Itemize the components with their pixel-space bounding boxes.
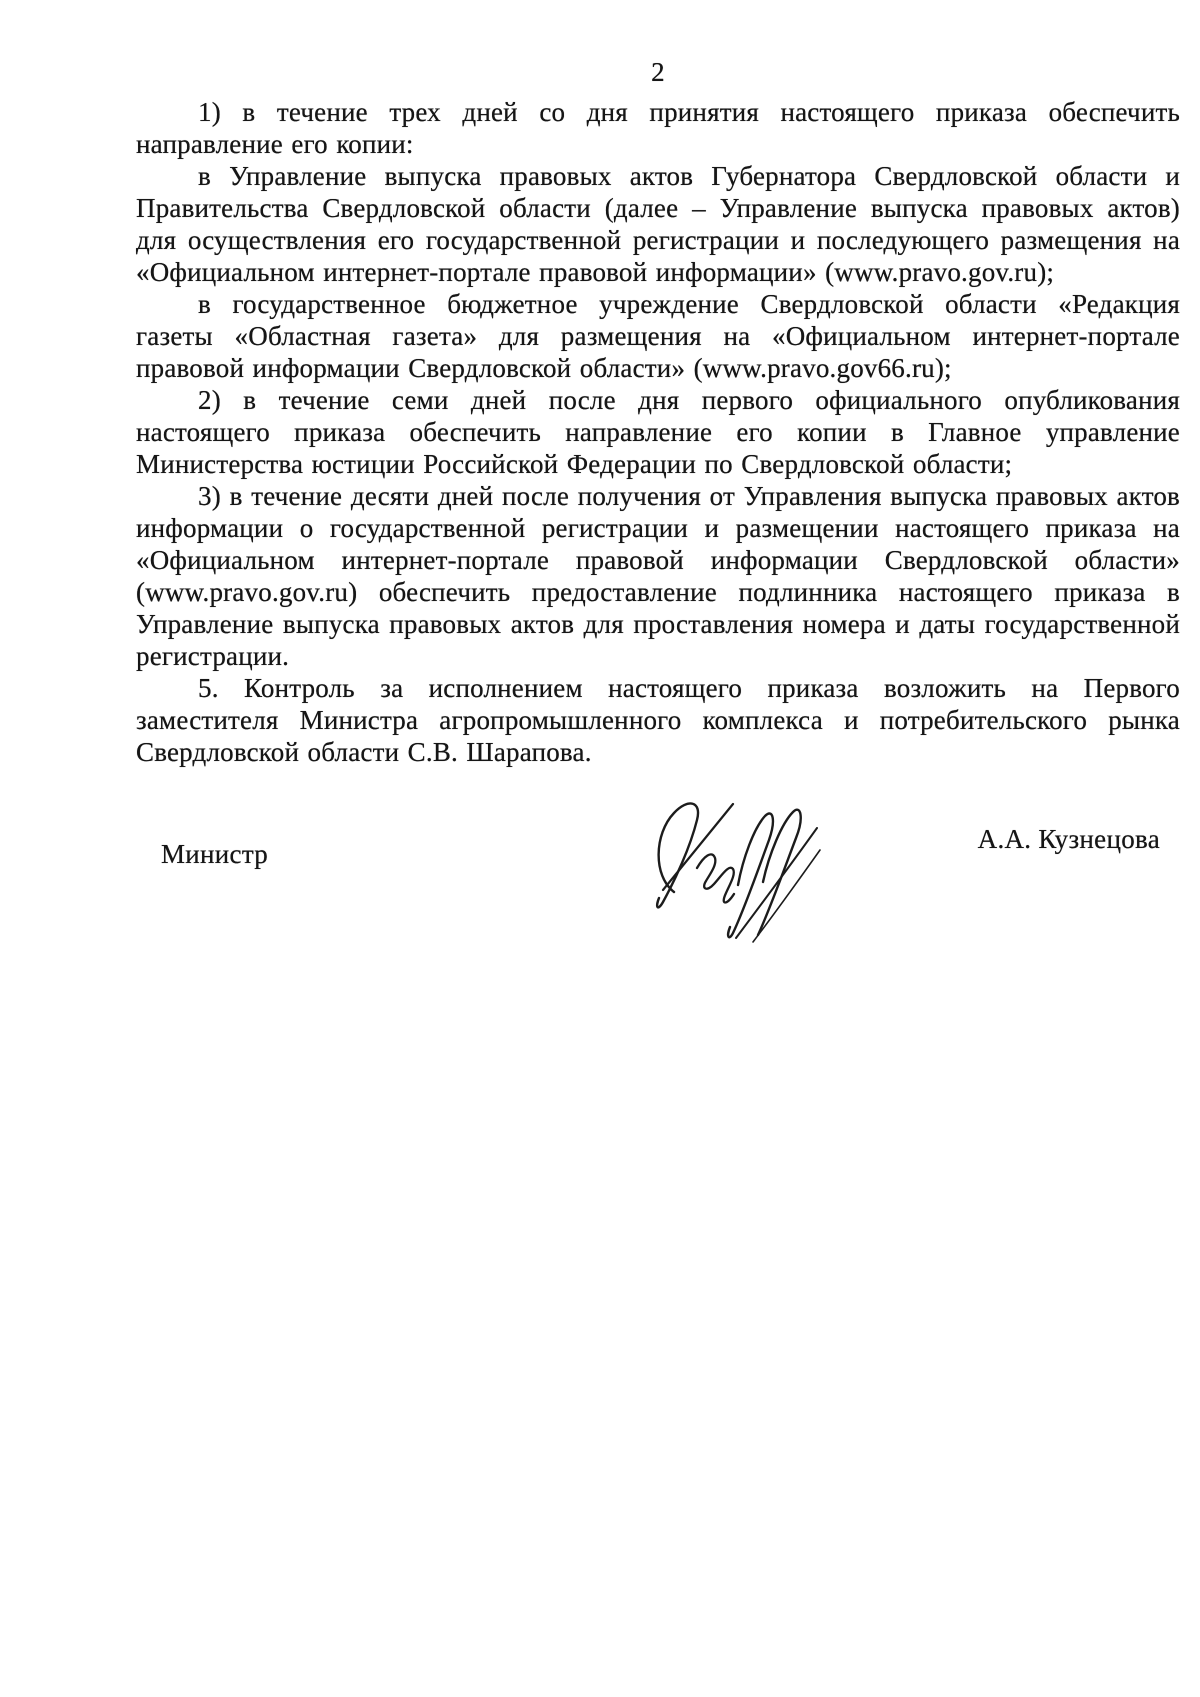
handwritten-signature-icon <box>641 770 831 955</box>
paragraph-2: в Управление выпуска правовых актов Губе… <box>136 160 1180 288</box>
paragraph-1: 1) в течение трех дней со дня принятия н… <box>136 96 1180 160</box>
signer-name: А.А. Кузнецова <box>978 824 1160 854</box>
paragraph-6: 5. Контроль за исполнением настоящего пр… <box>136 672 1180 768</box>
signature-block: Министр А.А. Кузнецова <box>136 768 1180 998</box>
document-page: 2 1) в течение трех дней со дня принятия… <box>0 0 1200 1697</box>
paragraph-5: 3) в течение десяти дней после получения… <box>136 480 1180 672</box>
page-number: 2 <box>136 57 1180 87</box>
paragraph-3: в государственное бюджетное учреждение С… <box>136 288 1180 384</box>
signer-title: Министр <box>161 839 268 869</box>
document-body: 1) в течение трех дней со дня принятия н… <box>136 96 1180 768</box>
paragraph-4: 2) в течение семи дней после дня первого… <box>136 384 1180 480</box>
